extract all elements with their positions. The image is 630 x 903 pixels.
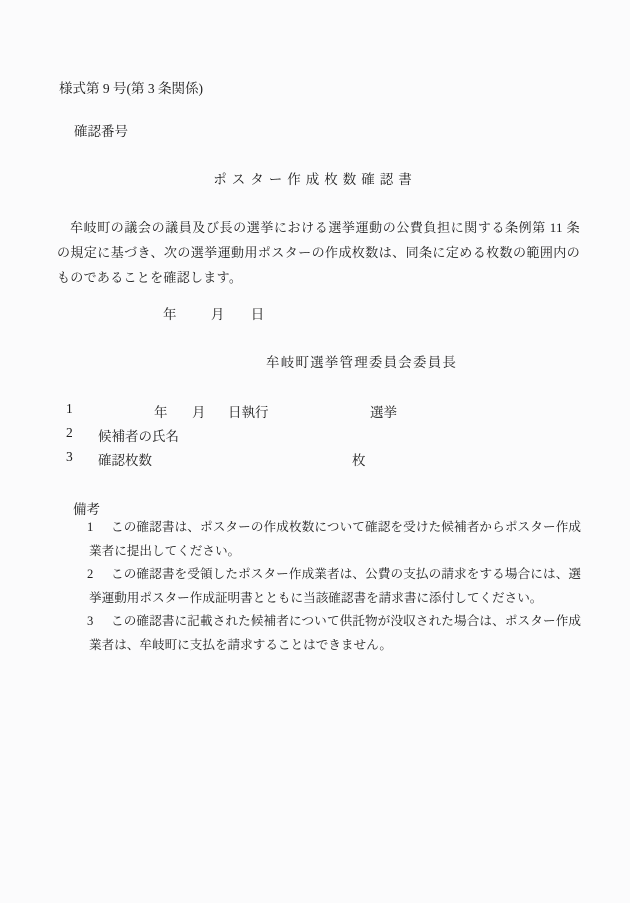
remark-text: この確認書を受領したポスター作成業者は、公費の支払の請求をする場合には、選挙運動… (89, 563, 581, 610)
candidate-name-label: 候補者の氏名 (98, 425, 179, 445)
election-label: 選挙 (370, 401, 397, 421)
confirmation-number-label: 確認番号 (74, 120, 128, 140)
addressee-election-committee-chair: 牟岐町選挙管理委員会委員長 (266, 351, 457, 371)
day-executed-label: 日執行 (228, 401, 269, 421)
remark-number: 1 (87, 516, 93, 540)
document-title: ポスター作成枚数確認書 (0, 168, 630, 188)
item-number: 3 (66, 449, 73, 465)
list-item-candidate-name: 2 候補者の氏名 (0, 425, 630, 445)
document-page: 様式第 9 号(第 3 条関係) 確認番号 ポスター作成枚数確認書 牟岐町の議会… (0, 0, 630, 903)
remarks-list: 1 この確認書は、ポスターの作成枚数について確認を受けた候補者からポスター作成業… (40, 516, 581, 658)
year-label: 年 (154, 401, 168, 421)
month-label: 月 (211, 307, 225, 322)
body-paragraph: 牟岐町の議会の議員及び長の選挙における選挙運動の公費負担に関する条例第 11 条… (57, 215, 580, 290)
confirmed-count-label: 確認枚数 (98, 449, 152, 469)
remark-text: この確認書に記載された候補者について供託物が没収された場合は、ポスター作成業者は… (89, 610, 581, 657)
remark-item: 1 この確認書は、ポスターの作成枚数について確認を受けた候補者からポスター作成業… (40, 516, 581, 563)
remark-item: 3 この確認書に記載された候補者について供託物が没収された場合は、ポスター作成業… (40, 610, 581, 657)
list-item-election-date: 1 年 月 日執行 選挙 (0, 401, 630, 421)
month-label: 月 (192, 401, 206, 421)
item-number: 1 (66, 401, 73, 417)
form-number: 様式第 9 号(第 3 条関係) (59, 77, 203, 97)
year-label: 年 (163, 307, 177, 322)
sheets-unit-label: 枚 (352, 449, 366, 469)
item-number: 2 (66, 425, 73, 441)
remark-item: 2 この確認書を受領したポスター作成業者は、公費の支払の請求をする場合には、選挙… (40, 563, 581, 610)
remark-number: 2 (87, 563, 93, 587)
list-item-confirmed-count: 3 確認枚数 枚 (0, 449, 630, 469)
remark-number: 3 (87, 610, 93, 634)
remarks-heading: 備考 (73, 498, 100, 518)
day-label: 日 (251, 307, 265, 322)
remark-text: この確認書は、ポスターの作成枚数について確認を受けた候補者からポスター作成業者に… (89, 516, 581, 563)
date-line: 年 月 日 (163, 303, 264, 323)
